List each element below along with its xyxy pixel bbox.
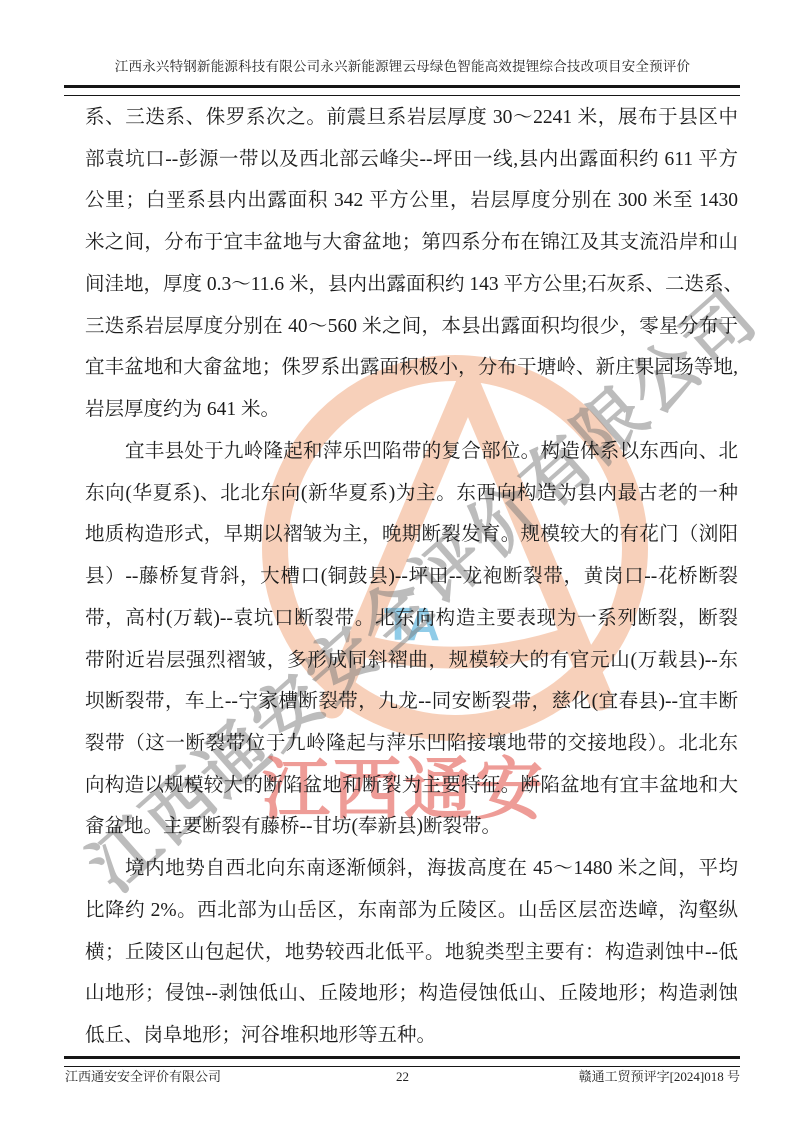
document-page: TA 江西通安安全评价有限公司 江西通安 江西永兴特钢新能源科技有限公司永兴新能… <box>0 0 800 1131</box>
body-text-block: 系、三迭系、侏罗系次之。前震旦系岩层厚度 30～2241 米，展布于县区中 部袁… <box>85 97 738 1057</box>
body-line: 米之间，分布于宜丰盆地与大畲盆地；第四系分布在锦江及其支流沿岸和山 <box>85 222 738 264</box>
body-line: 裂带（这一断裂带位于九岭隆起与萍乐凹陷接壤地带的交接地段）。北北东 <box>85 723 738 765</box>
body-line: 公里；白垩系县内出露面积 342 平方公里，岩层厚度分别在 300 米至 143… <box>85 180 738 222</box>
body-line: 山地形；侵蚀--剥蚀低山、丘陵地形；构造侵蚀低山、丘陵地形；构造剥蚀 <box>85 973 738 1015</box>
body-line: 东向(华夏系)、北北东向(新华夏系)为主。东西向构造为县内最古老的一种 <box>85 473 738 515</box>
body-line: 地质构造形式，早期以褶皱为主，晚期断裂发育。规模较大的有花门（浏阳 <box>85 514 738 556</box>
footer-company: 江西通安安全评价有限公司 <box>65 1066 290 1085</box>
body-line: 向构造以规模较大的断陷盆地和断裂为主要特征。断陷盆地有宜丰盆地和大 <box>85 765 738 807</box>
body-line: 带，高村(万载)--袁坑口断裂带。北东向构造主要表现为一系列断裂，断裂 <box>85 598 738 640</box>
body-line: 岩层厚度约为 641 米。 <box>85 389 738 431</box>
body-line: 系、三迭系、侏罗系次之。前震旦系岩层厚度 30～2241 米，展布于县区中 <box>85 97 738 139</box>
footer-doc-number: 赣通工贸预评字[2024]018 号 <box>515 1066 740 1085</box>
body-line: 横；丘陵区山包起伏，地势较西北低平。地貌类型主要有：构造剥蚀中--低 <box>85 932 738 974</box>
page-footer: 江西通安安全评价有限公司 22 赣通工贸预评字[2024]018 号 <box>65 1066 740 1085</box>
page-header-title: 江西永兴特钢新能源科技有限公司永兴新能源锂云母绿色智能高效提锂综合技改项目安全预… <box>65 55 740 75</box>
body-line: 畲盆地。主要断裂有藤桥--甘坊(奉新县)断裂带。 <box>85 806 738 848</box>
footer-page-number: 22 <box>290 1069 515 1085</box>
header-divider <box>64 85 740 96</box>
body-line: 坝断裂带，车上--宁家槽断裂带，九龙--同安断裂带，慈化(宜春县)--宜丰断 <box>85 681 738 723</box>
body-line: 部袁坑口--彭源一带以及西北部云峰尖--坪田一线,县内出露面积约 611 平方 <box>85 139 738 181</box>
body-line: 宜丰县处于九岭隆起和萍乐凹陷带的复合部位。构造体系以东西向、北 <box>85 431 738 473</box>
body-line: 三迭系岩层厚度分别在 40～560 米之间，本县出露面积均很少，零星分布于 <box>85 306 738 348</box>
body-line: 境内地势自西北向东南逐渐倾斜，海拔高度在 45～1480 米之间，平均 <box>85 848 738 890</box>
body-line: 宜丰盆地和大畲盆地；侏罗系出露面积极小，分布于塘岭、新庄果园场等地, <box>85 347 738 389</box>
body-line: 低丘、岗阜地形；河谷堆积地形等五种。 <box>85 1015 738 1057</box>
body-line: 比降约 2%。西北部为山岳区，东南部为丘陵区。山岳区层峦迭嶂，沟壑纵 <box>85 890 738 932</box>
body-line: 县）--藤桥复背斜，大槽口(铜鼓县)--坪田--龙袍断裂带，黄岗口--花桥断裂 <box>85 556 738 598</box>
body-line: 带附近岩层强烈褶皱，多形成同斜褶曲，规模较大的有官元山(万载县)--东 <box>85 640 738 682</box>
body-line: 间洼地，厚度 0.3～11.6 米，县内出露面积约 143 平方公里;石灰系、二… <box>85 264 738 306</box>
